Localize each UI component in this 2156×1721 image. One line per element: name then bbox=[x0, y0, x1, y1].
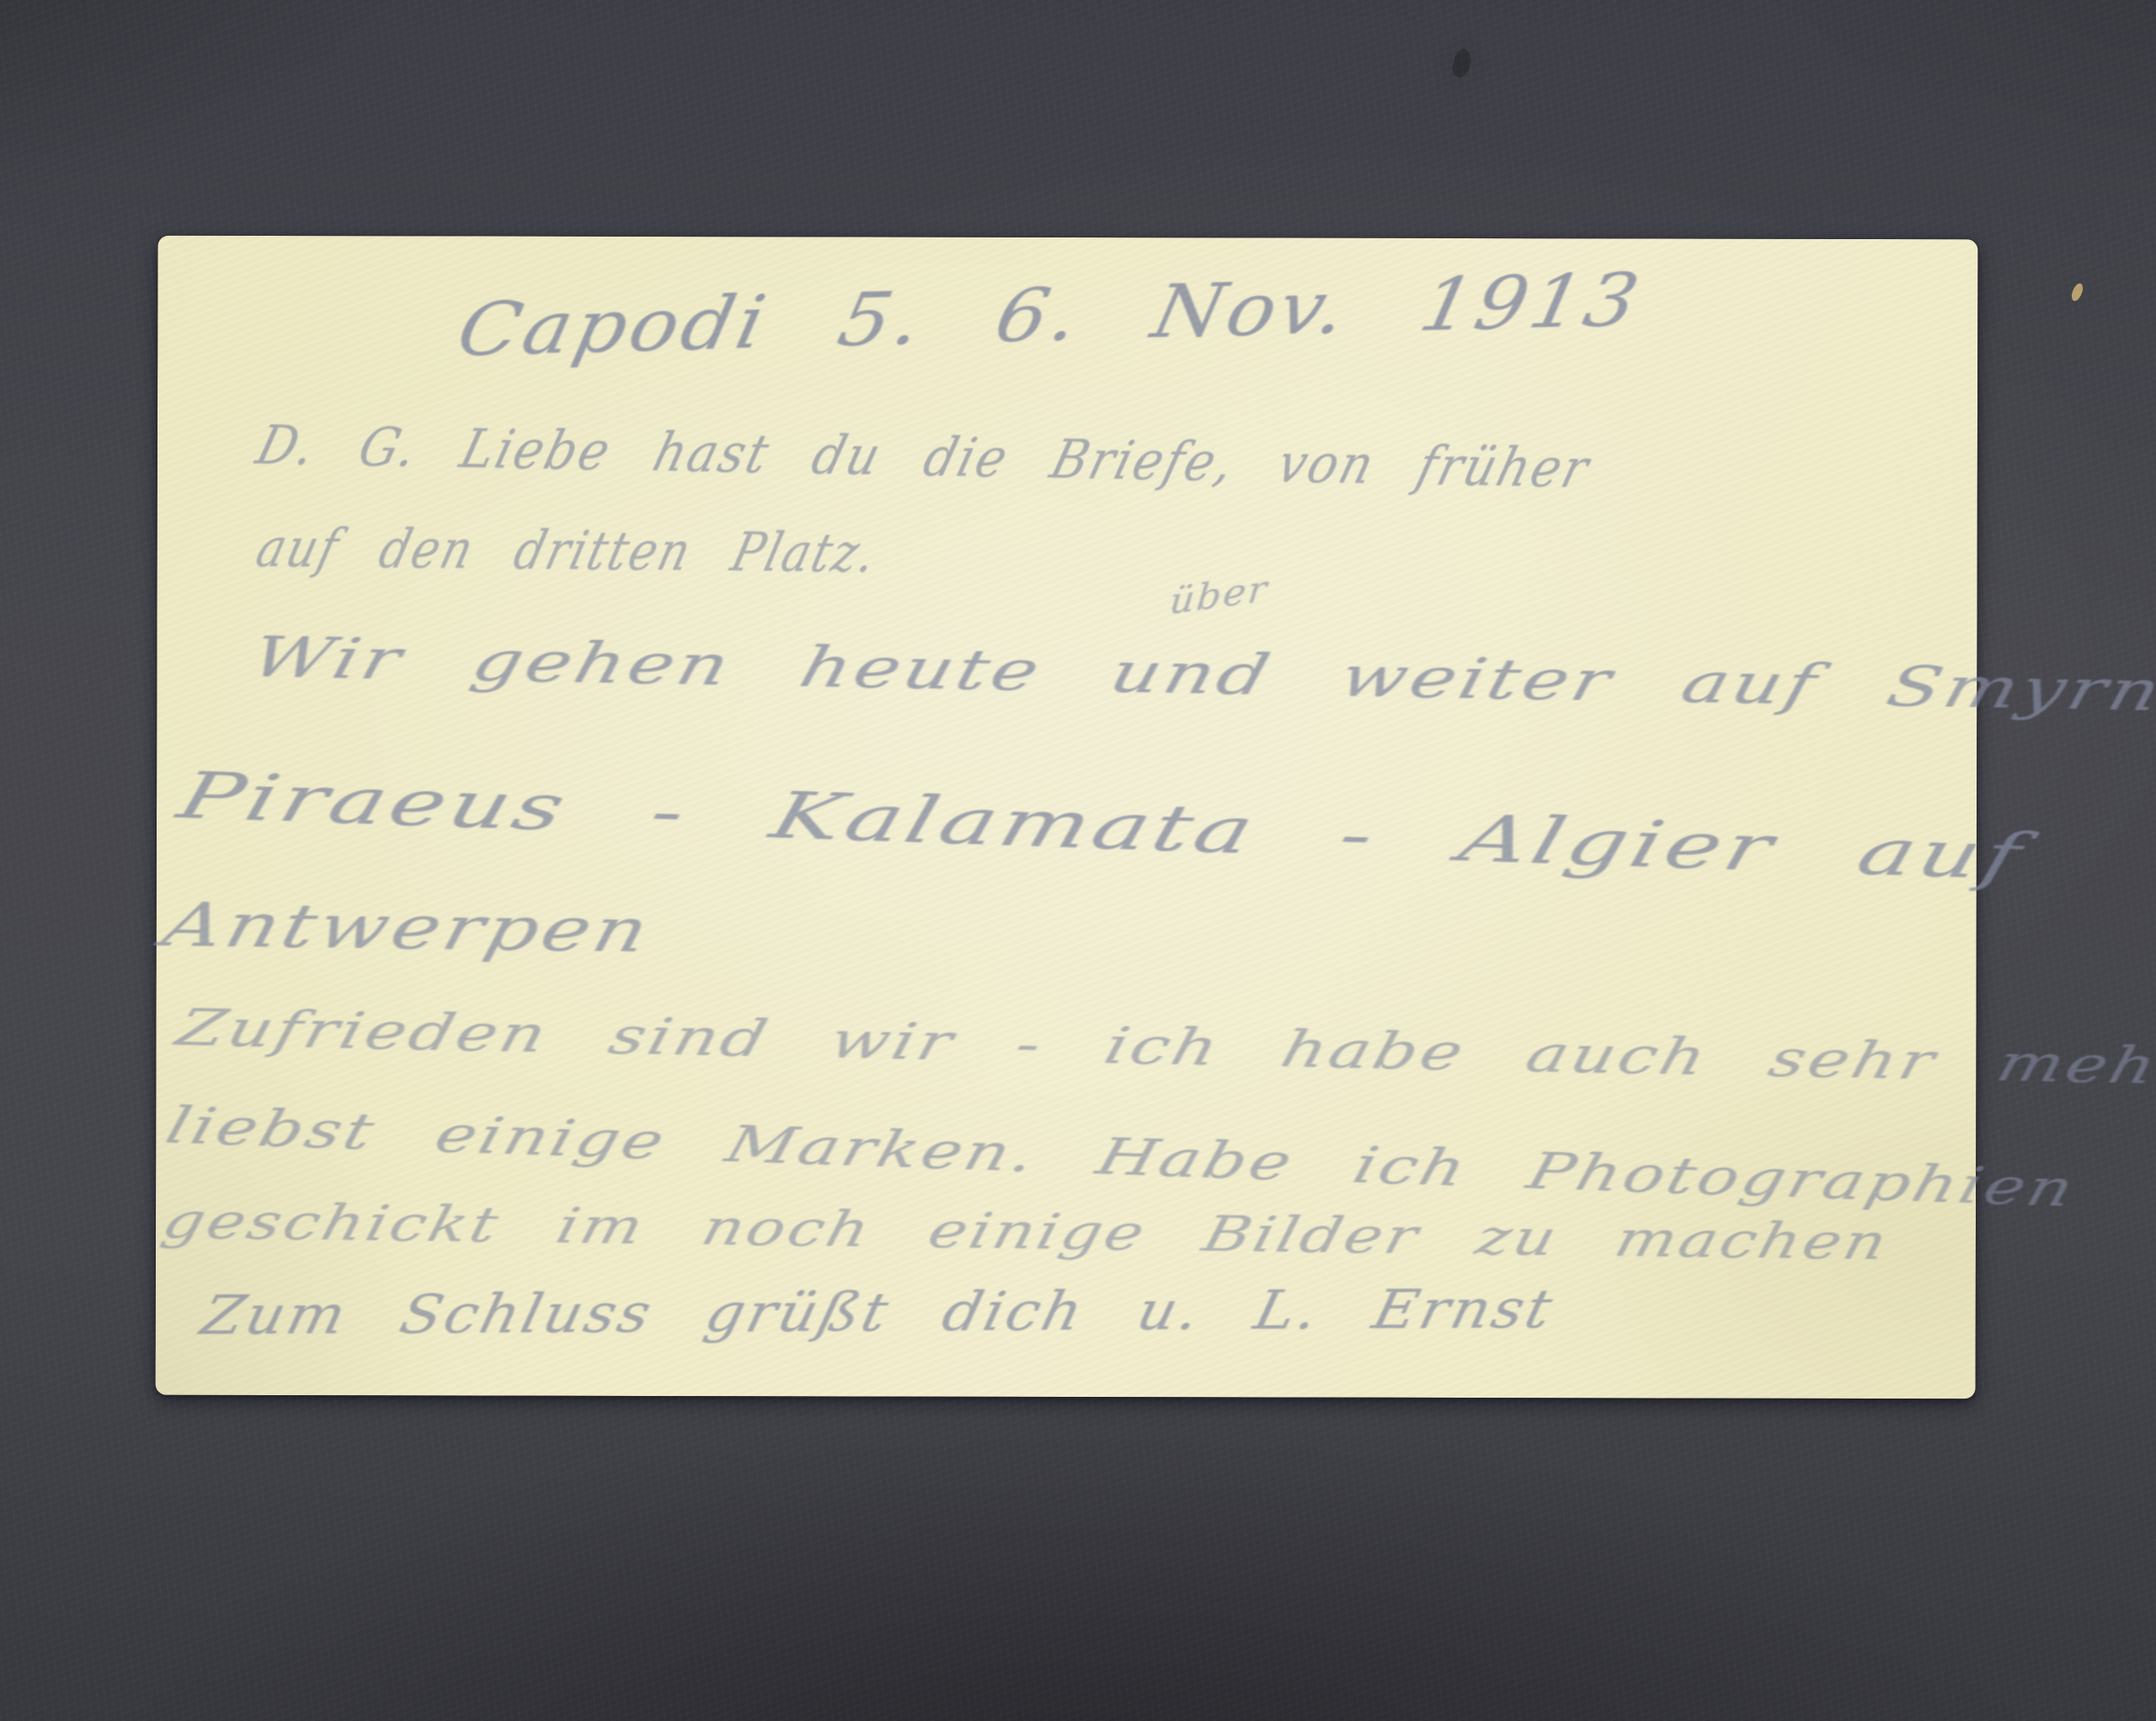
album-page-background: Capodi 5. 6. Nov. 1913 D. G. Liebe hast … bbox=[0, 0, 2156, 1721]
handwriting-line-5: Antwerpen bbox=[156, 889, 659, 966]
handwriting-line-6: Zufrieden sind wir - ich habe auch sehr … bbox=[170, 999, 2156, 1096]
background-blemish-mark bbox=[1450, 47, 1474, 79]
handwriting-line-2: auf den dritten Platz. bbox=[250, 517, 885, 584]
handwriting-line-3: Wir gehen heute und weiter auf Smyrna bbox=[244, 625, 2156, 724]
postcard-dateline: Capodi 5. 6. Nov. 1913 bbox=[450, 258, 1650, 373]
handwriting-line-4: Piraeus - Kalamata - Algier auf bbox=[170, 758, 2034, 894]
background-paper-speck bbox=[2069, 282, 2084, 303]
handwriting-inserted-word: über bbox=[1167, 567, 1270, 622]
handwriting-line-1: D. G. Liebe hast du die Briefe, von früh… bbox=[250, 414, 1597, 500]
postcard: Capodi 5. 6. Nov. 1913 D. G. Liebe hast … bbox=[156, 236, 1978, 1399]
handwriting-signature-line: Zum Schluss grüßt dich u. L. Ernst bbox=[195, 1278, 1561, 1347]
